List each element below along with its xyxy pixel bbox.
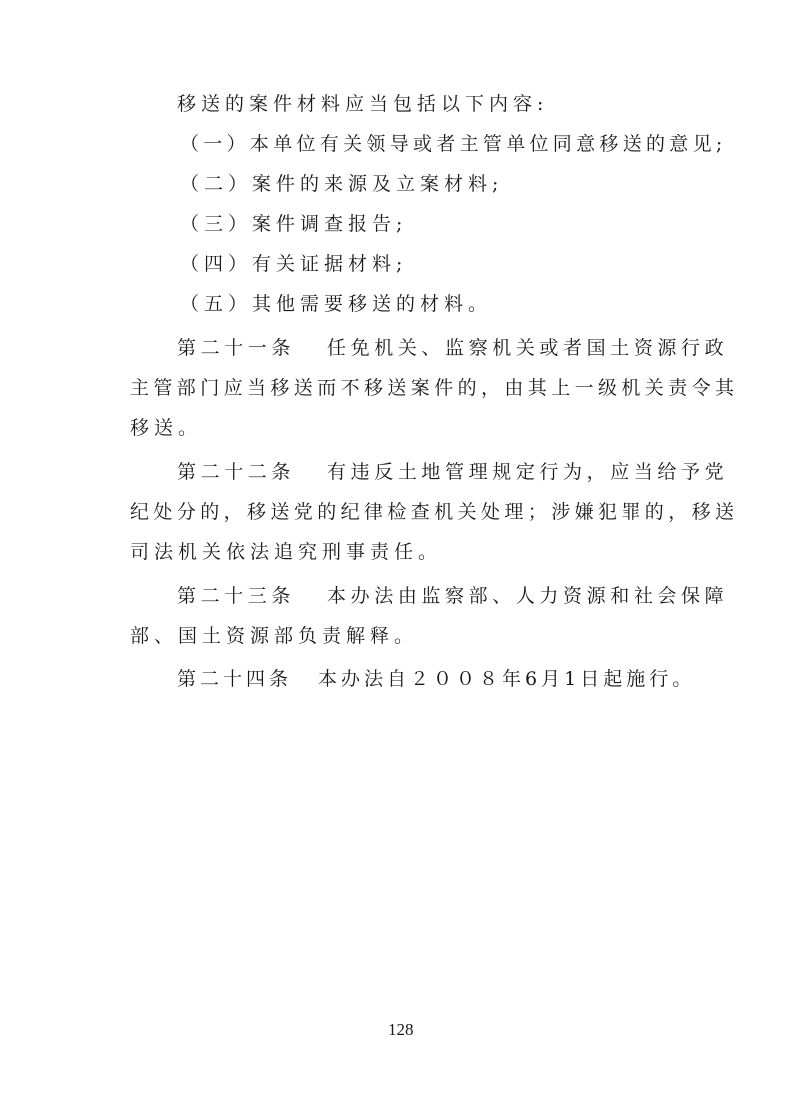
list-item: （二）案件的来源及立案材料; [180,172,503,196]
article-text-continued: 主管部门应当移送而不移送案件的，由其上一级机关责令其 [130,376,738,400]
article-text: 任免机关、监察机关或者国土资源行政 [327,337,728,359]
article-number: 第二十一条 [177,337,295,359]
list-item: （一）本单位有关领导或者主管单位同意移送的意见; [180,132,727,156]
article-number: 第二十四条 [177,668,292,690]
list-item: （五）其他需要移送的材料。 [180,292,492,316]
article-number: 第二十二条 [177,461,295,483]
article-text-continued: 移送。 [130,416,202,440]
intro-text: 移送的案件材料应当包括以下内容: [177,92,548,116]
article-24: 第二十四条本办法自２００８年6月1日起施行。 [177,667,695,691]
list-item: （三）案件调查报告; [180,212,407,236]
article-text-continued: 部、国土资源部负责解释。 [130,624,418,648]
article-text: 有违反土地管理规定行为，应当给予党 [327,461,728,483]
article-21: 第二十一条任免机关、监察机关或者国土资源行政 [177,336,728,360]
article-text: 本办法自２００８年6月1日起施行。 [318,668,695,690]
article-23: 第二十三条本办法由监察部、人力资源和社会保障 [177,584,728,608]
article-22: 第二十二条有违反土地管理规定行为，应当给予党 [177,460,728,484]
article-text-continued: 纪处分的，移送党的纪律检查机关处理；涉嫌犯罪的，移送 [130,500,738,524]
list-item: （四）有关证据材料; [180,252,407,276]
article-text: 本办法由监察部、人力资源和社会保障 [327,585,728,607]
article-number: 第二十三条 [177,585,295,607]
document-page: 移送的案件材料应当包括以下内容: （一）本单位有关领导或者主管单位同意移送的意见… [0,0,804,1099]
page-number: 128 [388,1020,414,1040]
article-text-continued: 司法机关依法追究刑事责任。 [130,540,442,564]
